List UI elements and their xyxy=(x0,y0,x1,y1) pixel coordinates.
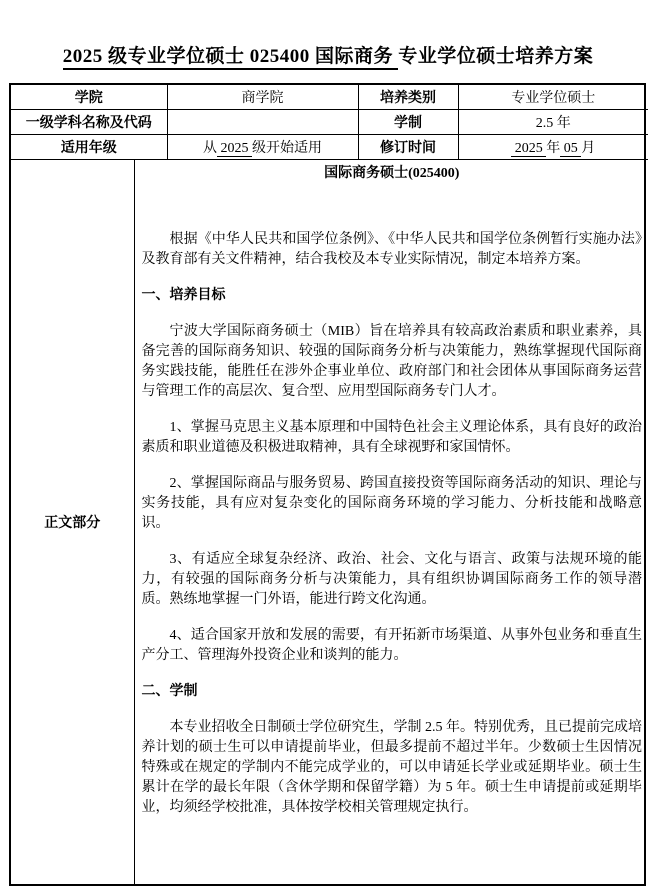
schooling-paragraph: 本专业招收全日制硕士学位研究生，学制 2.5 年。特别优秀，且已提前完成培养计划… xyxy=(142,718,643,818)
discipline-label: 一级学科名称及代码 xyxy=(11,110,167,135)
intro-paragraph: 根据《中华人民共和国学位条例》、《中华人民共和国学位条例暂行实施办法》及教育部有… xyxy=(142,230,643,270)
duration-value: 2.5 年 xyxy=(458,110,648,135)
category-label: 培养类别 xyxy=(358,85,458,110)
goal-1-paragraph: 1、掌握马克思主义基本原理和中国特色社会主义理论体系，具有良好的政治素质和职业道… xyxy=(142,418,643,458)
section-1-heading: 一、培养目标 xyxy=(142,286,643,306)
college-value: 商学院 xyxy=(167,85,358,110)
page-title-rest-part: 专业学位硕士培养方案 xyxy=(398,46,593,67)
table-row: 适用年级 从 2025 级开始适用 修订时间 2025 年 05 月 xyxy=(11,135,648,160)
revision-month-char: 月 xyxy=(581,141,595,156)
revision-label: 修订时间 xyxy=(358,135,458,160)
grade-value: 从 2025 级开始适用 xyxy=(167,135,358,160)
grade-suffix: 级开始适用 xyxy=(252,141,322,156)
grade-label: 适用年级 xyxy=(11,135,167,160)
revision-value: 2025 年 05 月 xyxy=(458,135,648,160)
college-label: 学院 xyxy=(11,85,167,110)
grade-year-underlined: 2025 xyxy=(217,141,252,157)
goal-4-paragraph: 4、适合国家开放和发展的需要，有开拓新市场渠道、从事外包业务和垂直生产分工、管理… xyxy=(142,626,643,666)
page-title-underlined-part: 2025 级专业学位硕士 025400 国际商务 xyxy=(63,46,399,70)
table-row: 学院 商学院 培养类别 专业学位硕士 xyxy=(11,85,648,110)
section-2-heading: 二、学制 xyxy=(142,682,643,702)
goal-3-paragraph: 3、有适应全球复杂经济、政治、社会、文化与语言、政策与法规环境的能力，有较强的国… xyxy=(142,550,643,610)
goal-intro-paragraph: 宁波大学国际商务硕士（MIB）旨在培养具有较高政治素质和职业素养，具备完善的国际… xyxy=(142,322,643,402)
training-plan-table: 学院 商学院 培养类别 专业学位硕士 一级学科名称及代码 学制 2.5 年 适用… xyxy=(9,83,646,886)
table-row: 正文部分 国际商务硕士(025400) 根据《中华人民共和国学位条例》、《中华人… xyxy=(11,160,648,884)
revision-month-underlined: 05 xyxy=(560,141,581,157)
revision-year-underlined: 2025 xyxy=(511,141,546,157)
grade-prefix: 从 xyxy=(203,141,217,156)
program-heading: 国际商务硕士(025400) xyxy=(142,164,643,184)
duration-label: 学制 xyxy=(358,110,458,135)
main-body-table: 正文部分 国际商务硕士(025400) 根据《中华人民共和国学位条例》、《中华人… xyxy=(11,160,648,884)
discipline-value xyxy=(167,110,358,135)
main-content-cell: 国际商务硕士(025400) 根据《中华人民共和国学位条例》、《中华人民共和国学… xyxy=(134,160,648,884)
page-title: 2025 级专业学位硕士 025400 国际商务 专业学位硕士培养方案 xyxy=(0,0,656,70)
document-page: 2025 级专业学位硕士 025400 国际商务 专业学位硕士培养方案 学院 商… xyxy=(0,0,656,890)
category-value: 专业学位硕士 xyxy=(458,85,648,110)
table-row: 一级学科名称及代码 学制 2.5 年 xyxy=(11,110,648,135)
revision-year-char: 年 xyxy=(546,141,560,156)
goal-2-paragraph: 2、掌握国际商品与服务贸易、跨国直接投资等国际商务活动的知识、理论与实务技能，具… xyxy=(142,474,643,534)
info-header-table: 学院 商学院 培养类别 专业学位硕士 一级学科名称及代码 学制 2.5 年 适用… xyxy=(11,85,648,160)
main-section-label: 正文部分 xyxy=(11,160,134,884)
